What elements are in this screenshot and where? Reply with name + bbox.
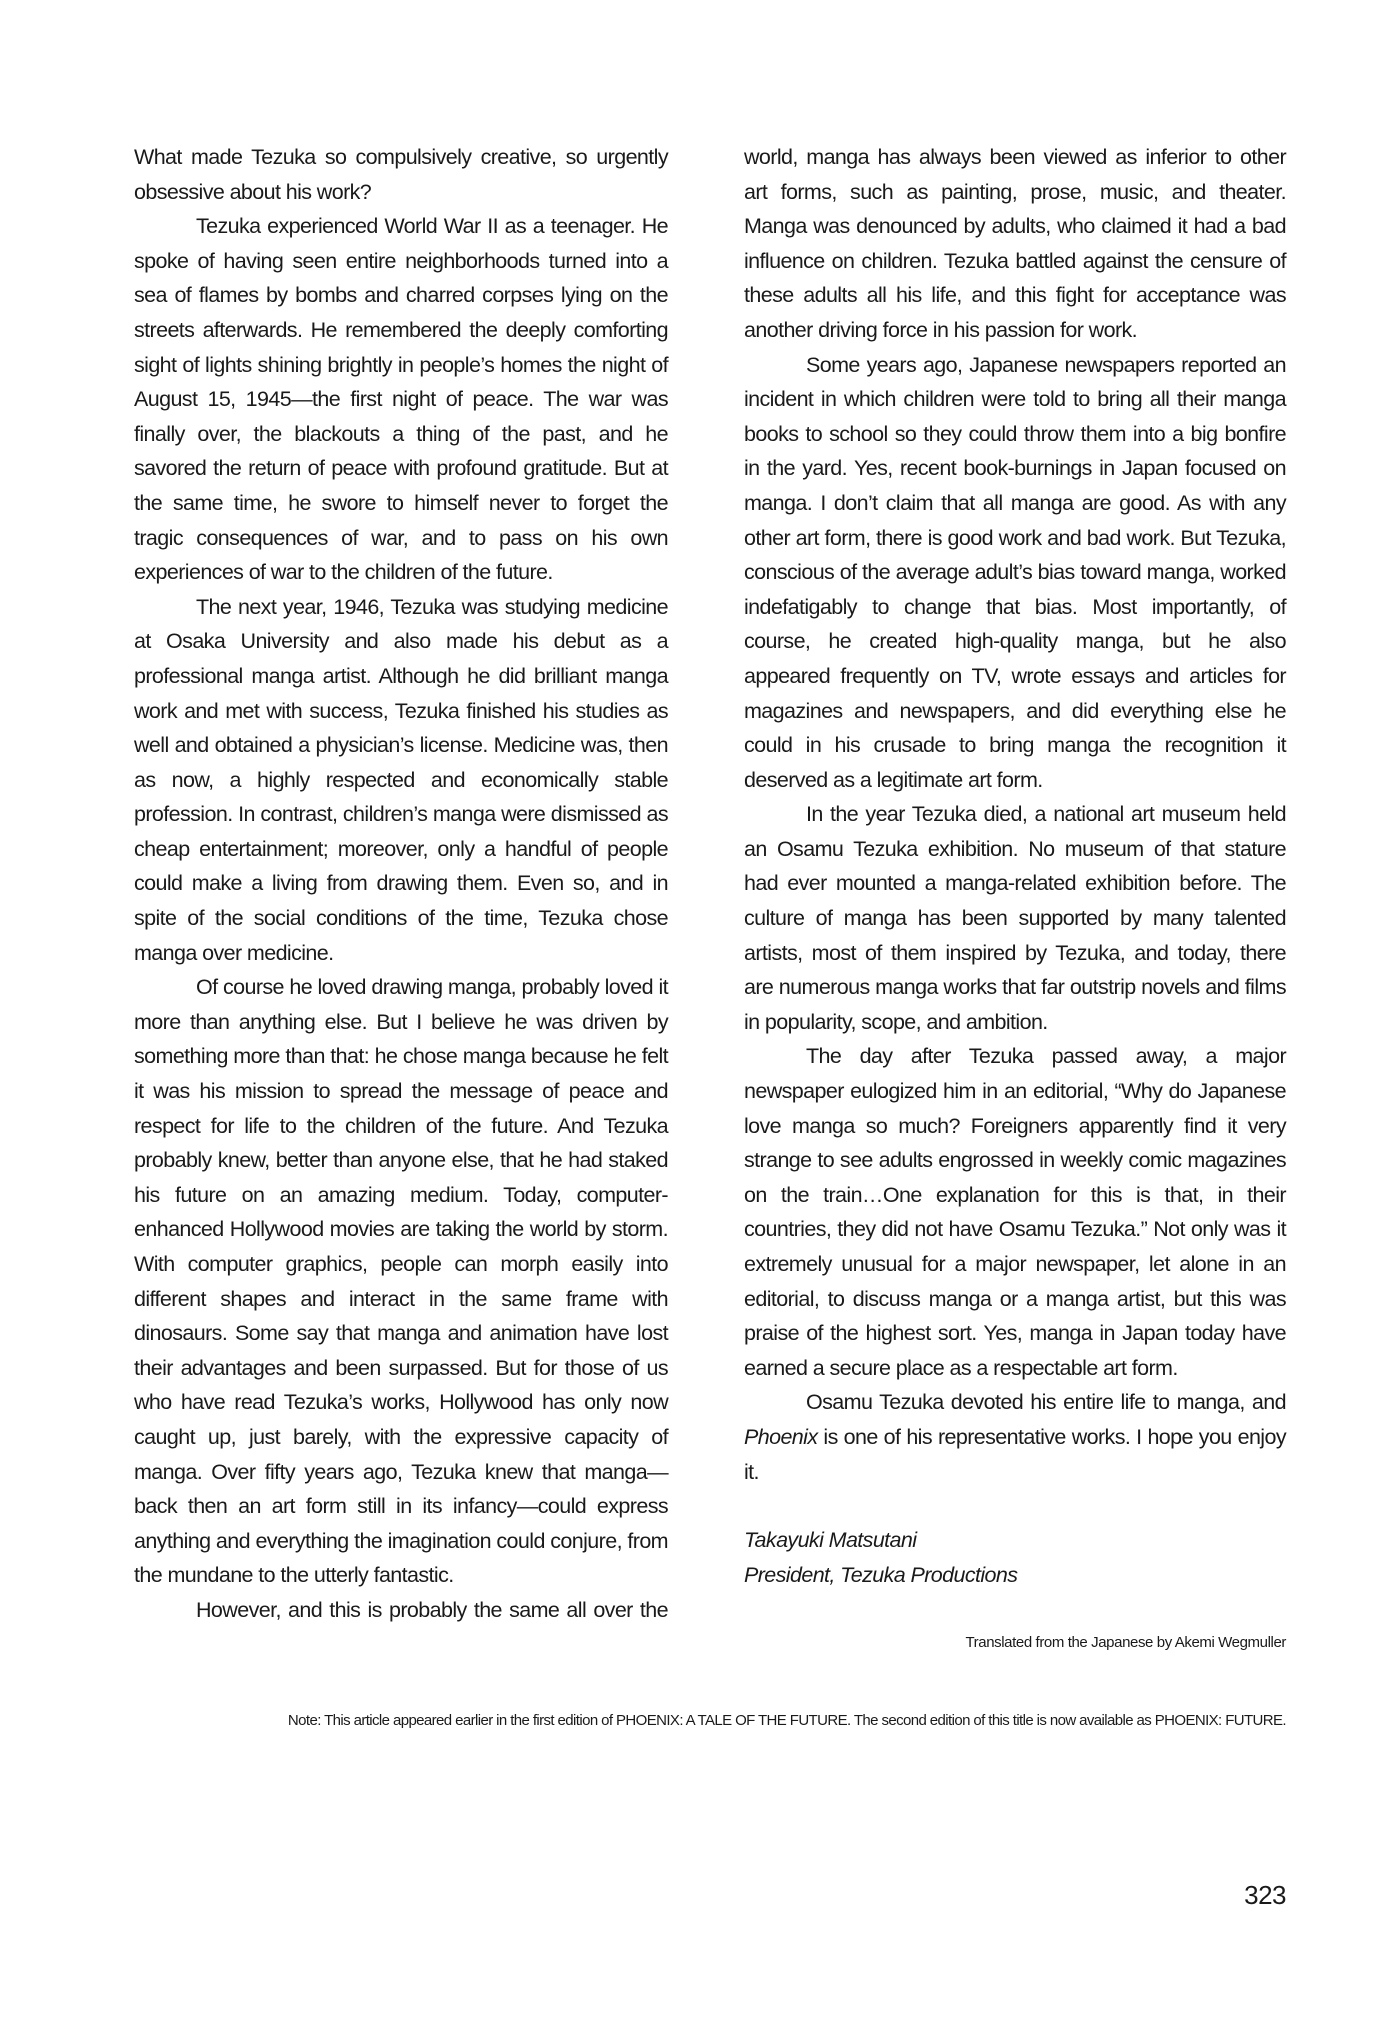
paragraph: What made Tezuka so compulsively creativ…	[134, 140, 668, 209]
paragraph: Of course he loved drawing manga, probab…	[134, 970, 668, 1593]
closing-lead: Osamu Tezuka devoted his entire life to …	[806, 1390, 1286, 1414]
closing-rest: is one of his representative works. I ho…	[744, 1425, 1286, 1484]
closing-paragraph: Osamu Tezuka devoted his entire life to …	[744, 1385, 1286, 1489]
right-column: world, manga has always been viewed as i…	[744, 140, 1286, 1661]
paragraph: In the year Tezuka died, a national art …	[744, 797, 1286, 1039]
book-title: Phoenix	[744, 1425, 818, 1449]
paragraph: The next year, 1946, Tezuka was studying…	[134, 590, 668, 971]
page-number: 323	[1244, 1880, 1286, 1911]
paragraph: Tezuka experienced World War II as a tee…	[134, 209, 668, 590]
left-column: What made Tezuka so compulsively creativ…	[134, 140, 668, 1628]
signature-block: Takayuki Matsutani President, Tezuka Pro…	[744, 1523, 1286, 1592]
paragraph: However, and this is probably the same a…	[134, 1593, 668, 1628]
footnote: Note: This article appeared earlier in t…	[213, 1712, 1286, 1729]
signature-title: President, Tezuka Productions	[744, 1558, 1286, 1593]
paragraph: world, manga has always been viewed as i…	[744, 140, 1286, 348]
paragraph: The day after Tezuka passed away, a majo…	[744, 1039, 1286, 1385]
translator-credit: Translated from the Japanese by Akemi We…	[744, 1626, 1286, 1661]
book-page: What made Tezuka so compulsively creativ…	[0, 0, 1400, 2022]
signature-name: Takayuki Matsutani	[744, 1523, 1286, 1558]
paragraph: Some years ago, Japanese newspapers repo…	[744, 348, 1286, 798]
